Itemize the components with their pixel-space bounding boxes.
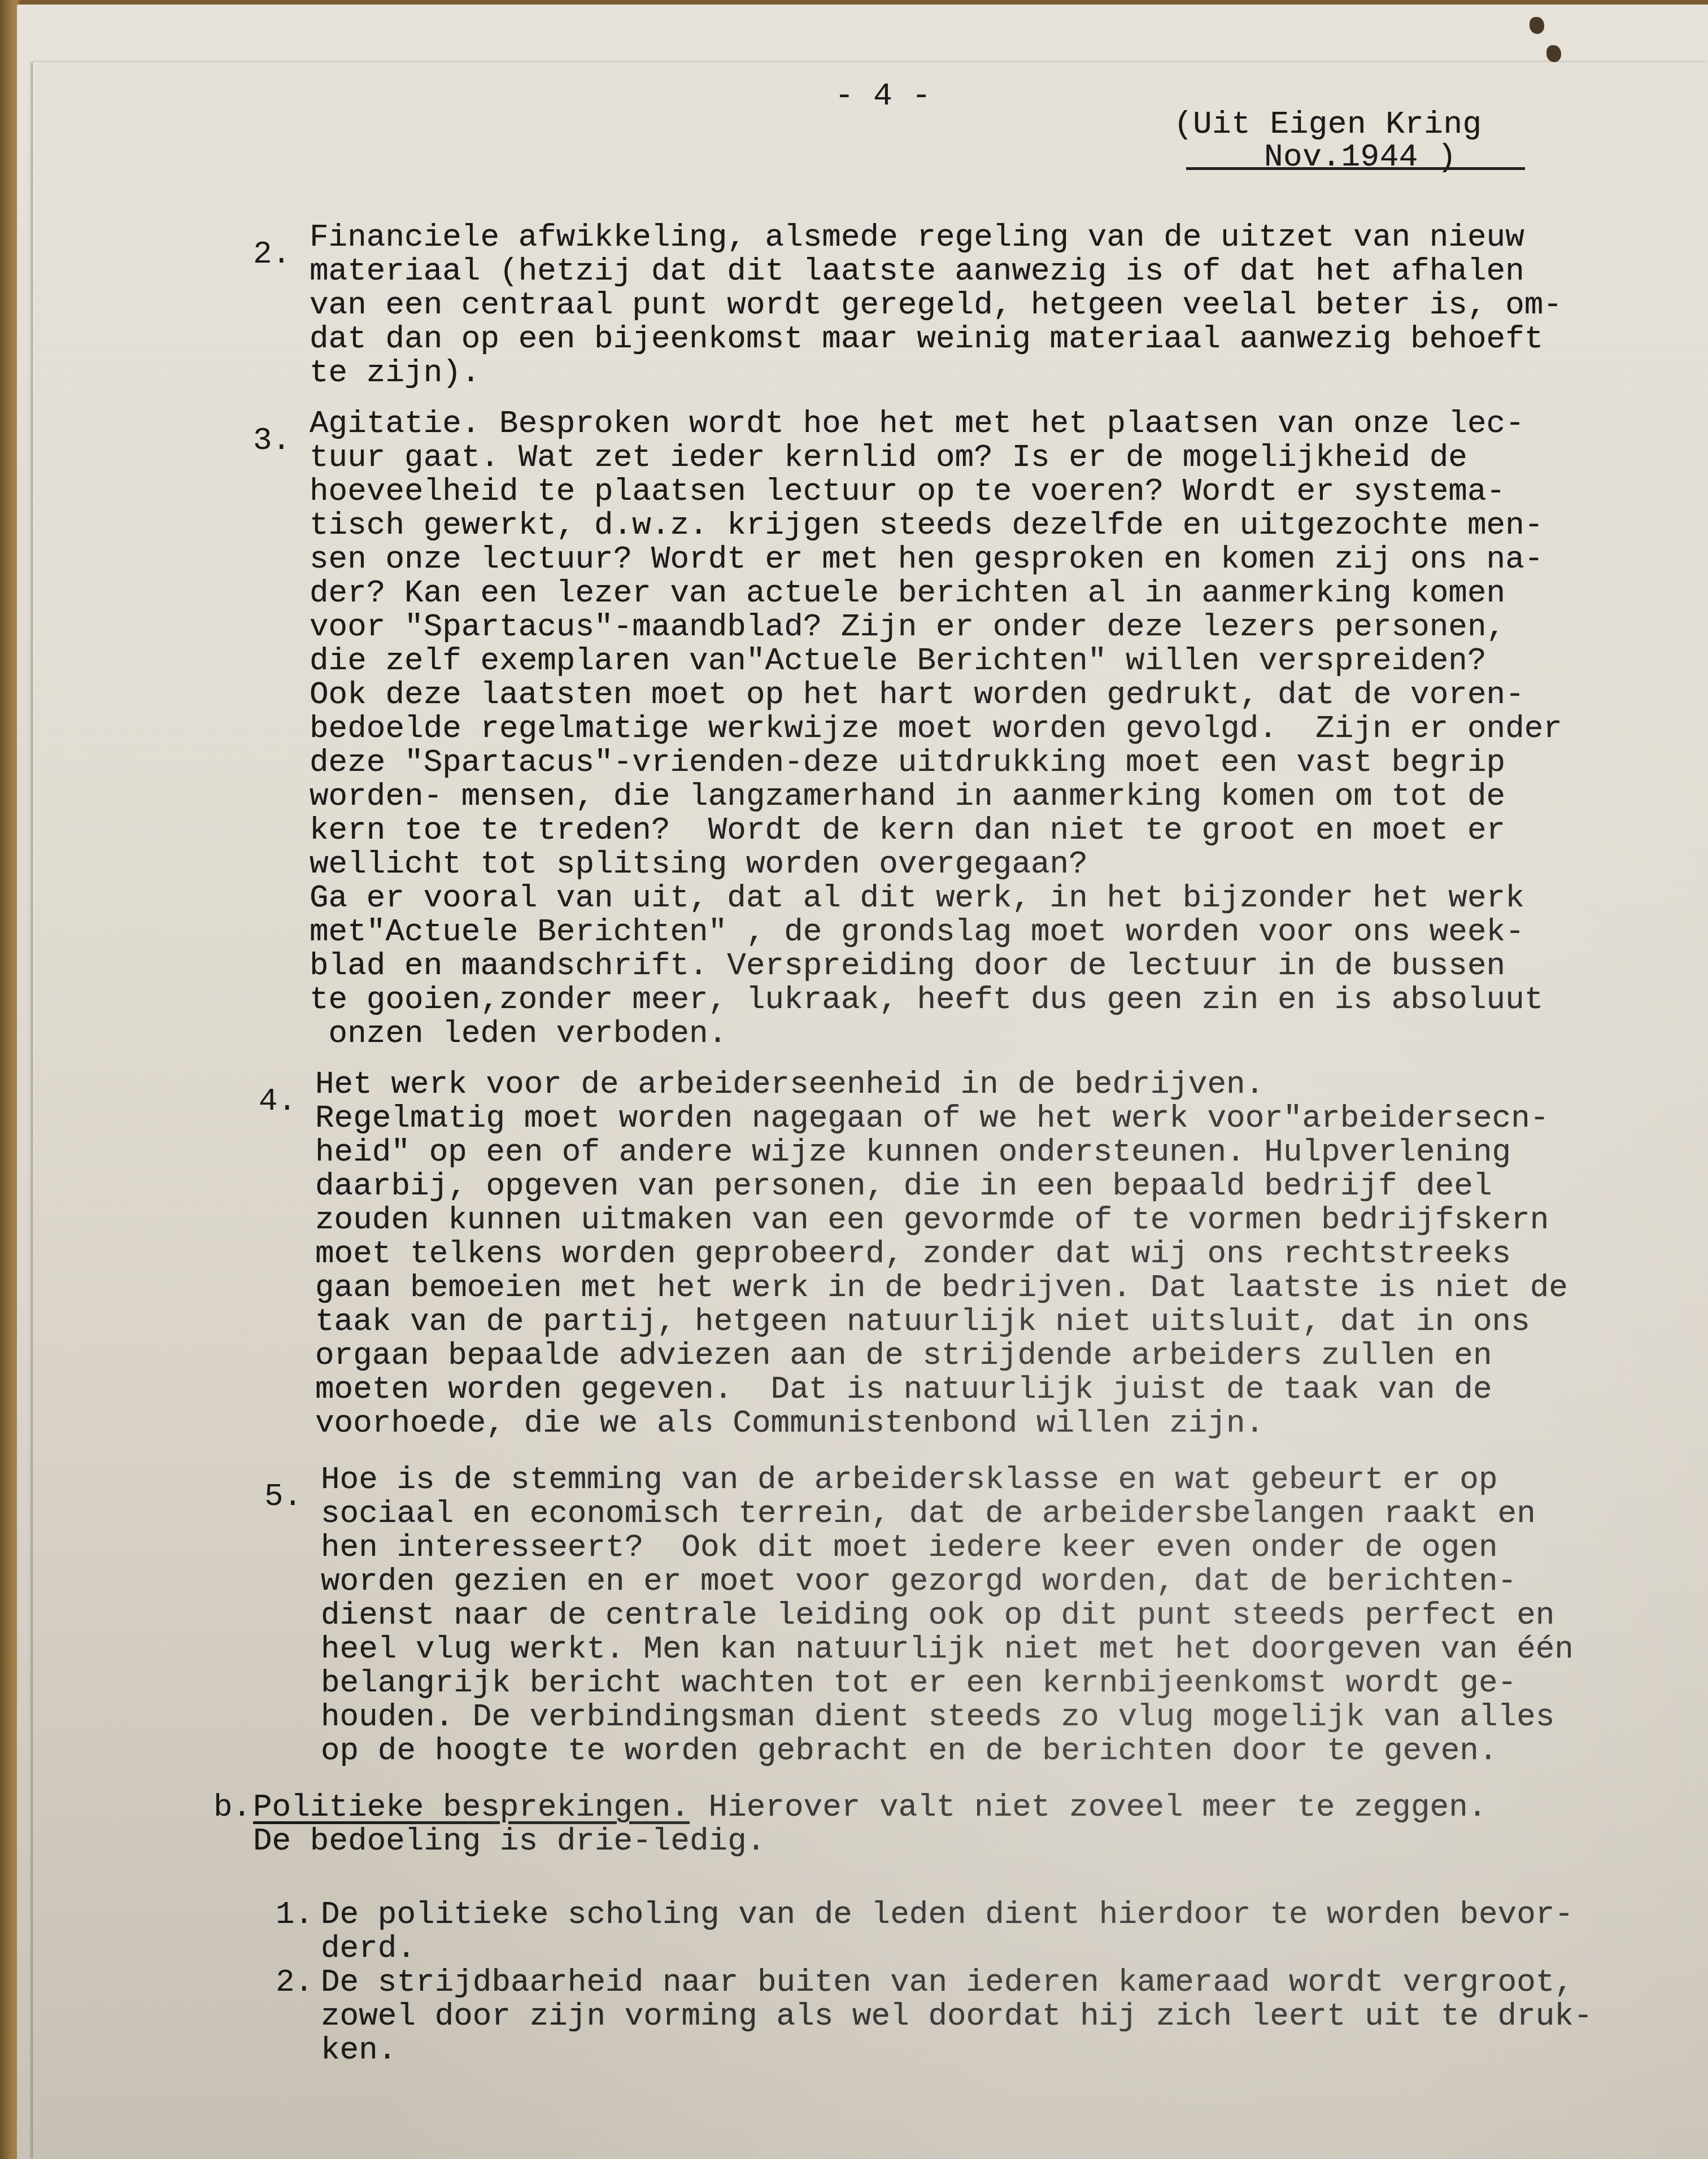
text-line: Agitatie. Besproken wordt hoe het met he…: [310, 407, 1562, 440]
item-body: De politieke scholing van de leden dient…: [321, 1898, 1574, 1965]
text-line: moeten worden gegeven. Dat is natuurlijk…: [315, 1372, 1568, 1406]
text-line: zowel door zijn vorming als wel doordat …: [321, 1999, 1593, 2033]
item-body: Hoe is de stemming van de arbeidersklass…: [321, 1463, 1574, 1768]
text-line: hen interesseert? Ook dit moet iedere ke…: [321, 1530, 1574, 1564]
item-number: 2.: [276, 1965, 313, 1999]
text-line: gaan bemoeien met het werk in de bedrijv…: [315, 1271, 1568, 1305]
section-heading-rest: Hierover valt niet zoveel meer te zeggen…: [690, 1789, 1487, 1825]
item-number: 4.: [259, 1084, 297, 1118]
text-line: deze "Spartacus"-vrienden-deze uitdrukki…: [310, 745, 1562, 779]
text-line: Financiele afwikkeling, alsmede regeling…: [310, 220, 1562, 254]
text-line: onzen leden verboden.: [310, 1017, 1562, 1050]
text-line: te zijn).: [310, 356, 1562, 390]
text-line: sociaal en economisch terrein, dat de ar…: [321, 1497, 1574, 1530]
text-line: houden. De verbindingsman dient steeds z…: [321, 1700, 1574, 1734]
item-body: Agitatie. Besproken wordt hoe het met he…: [310, 407, 1562, 1050]
text-line: Het werk voor de arbeiderseenheid in de …: [315, 1067, 1568, 1101]
text-line: van een centraal punt wordt geregeld, he…: [310, 288, 1562, 322]
text-line: De politieke scholing van de leden dient…: [321, 1898, 1574, 1931]
text-line: Ga er vooral van uit, dat al dit werk, i…: [310, 881, 1562, 915]
text-line: voorhoede, die we als Communistenbond wi…: [315, 1406, 1568, 1440]
section-heading-line: Politieke besprekingen. Hierover valt ni…: [253, 1790, 1487, 1824]
text-line: die zelf exemplaren van"Actuele Berichte…: [310, 644, 1562, 678]
text-line: sen onze lectuur? Wordt er met hen gespr…: [310, 542, 1562, 576]
text-line: orgaan bepaalde adviezen aan de strijden…: [315, 1338, 1568, 1372]
text-line: blad en maandschrift. Verspreiding door …: [310, 949, 1562, 983]
text-line: hoeveelheid te plaatsen lectuur op te vo…: [310, 474, 1562, 508]
section-letter: b.: [213, 1790, 251, 1824]
text-line: heel vlug werkt. Men kan natuurlijk niet…: [321, 1632, 1574, 1666]
item-number: 3.: [253, 424, 291, 457]
text-line: op de hoogte te worden gebracht en de be…: [321, 1734, 1574, 1768]
item-number: 2.: [253, 237, 291, 271]
text-line: met"Actuele Berichten" , de grondslag mo…: [310, 915, 1562, 949]
text-line: wellicht tot splitsing worden overgegaan…: [310, 847, 1562, 881]
text-line: zouden kunnen uitmaken van een gevormde …: [315, 1203, 1568, 1237]
text-line: ken.: [321, 2033, 1593, 2067]
text-line: taak van de partij, hetgeen natuurlijk n…: [315, 1305, 1568, 1338]
text-line: te gooien,zonder meer, lukraak, heeft du…: [310, 983, 1562, 1017]
text-line: heid" op een of andere wijze kunnen onde…: [315, 1135, 1568, 1169]
item-number: 5.: [264, 1480, 302, 1514]
item-body: Het werk voor de arbeiderseenheid in de …: [315, 1067, 1568, 1440]
text-line: Regelmatig moet worden nagegaan of we he…: [315, 1101, 1568, 1135]
binding-hole-icon: [1530, 17, 1544, 34]
text-line: dat dan op een bijeenkomst maar weinig m…: [310, 322, 1562, 356]
item-body: Financiele afwikkeling, alsmede regeling…: [310, 220, 1562, 390]
text-line: belangrijk bericht wachten tot er een ke…: [321, 1666, 1574, 1700]
text-line: tuur gaat. Wat zet ieder kernlid om? Is …: [310, 440, 1562, 474]
text-line: materiaal (hetzij dat dit laatste aanwez…: [310, 254, 1562, 288]
text-line: moet telkens worden geprobeerd, zonder d…: [315, 1237, 1568, 1271]
typed-page: - 4 - (Uit Eigen Kring Nov.1944 ) 2. Fin…: [33, 62, 1708, 2159]
text-line: Hoe is de stemming van de arbeidersklass…: [321, 1463, 1574, 1497]
text-line: der? Kan een lezer van actuele berichten…: [310, 576, 1562, 610]
text-line: worden gezien en er moet voor gezorgd wo…: [321, 1564, 1574, 1598]
source-underline: [1186, 167, 1525, 170]
text-line: daarbij, opgeven van personen, die in ee…: [315, 1169, 1568, 1203]
text-line: tisch gewerkt, d.w.z. krijgen steeds dez…: [310, 508, 1562, 542]
text-line: kern toe te treden? Wordt de kern dan ni…: [310, 813, 1562, 847]
text-line: derd.: [321, 1931, 1574, 1965]
text-line: worden- mensen, die langzamerhand in aan…: [310, 779, 1562, 813]
text-line: De strijdbaarheid naar buiten van iedere…: [321, 1965, 1593, 1999]
text-line: De bedoeling is drie-ledig.: [253, 1824, 1487, 1858]
text-line: bedoelde regelmatige werkwijze moet word…: [310, 712, 1562, 745]
text-line: dienst naar de centrale leiding ook op d…: [321, 1598, 1574, 1632]
text-line: voor "Spartacus"-maandblad? Zijn er onde…: [310, 610, 1562, 644]
item-body: De strijdbaarheid naar buiten van iedere…: [321, 1965, 1593, 2067]
text-line: Ook deze laatsten moet op het hart worde…: [310, 678, 1562, 712]
item-number: 1.: [276, 1898, 313, 1931]
section-heading: Politieke besprekingen.: [253, 1789, 690, 1825]
binding-hole-icon: [1546, 45, 1561, 62]
page-number: - 4 -: [835, 79, 931, 113]
section-body: Politieke besprekingen. Hierover valt ni…: [253, 1790, 1487, 1858]
source-line-1: (Uit Eigen Kring: [1174, 107, 1482, 141]
